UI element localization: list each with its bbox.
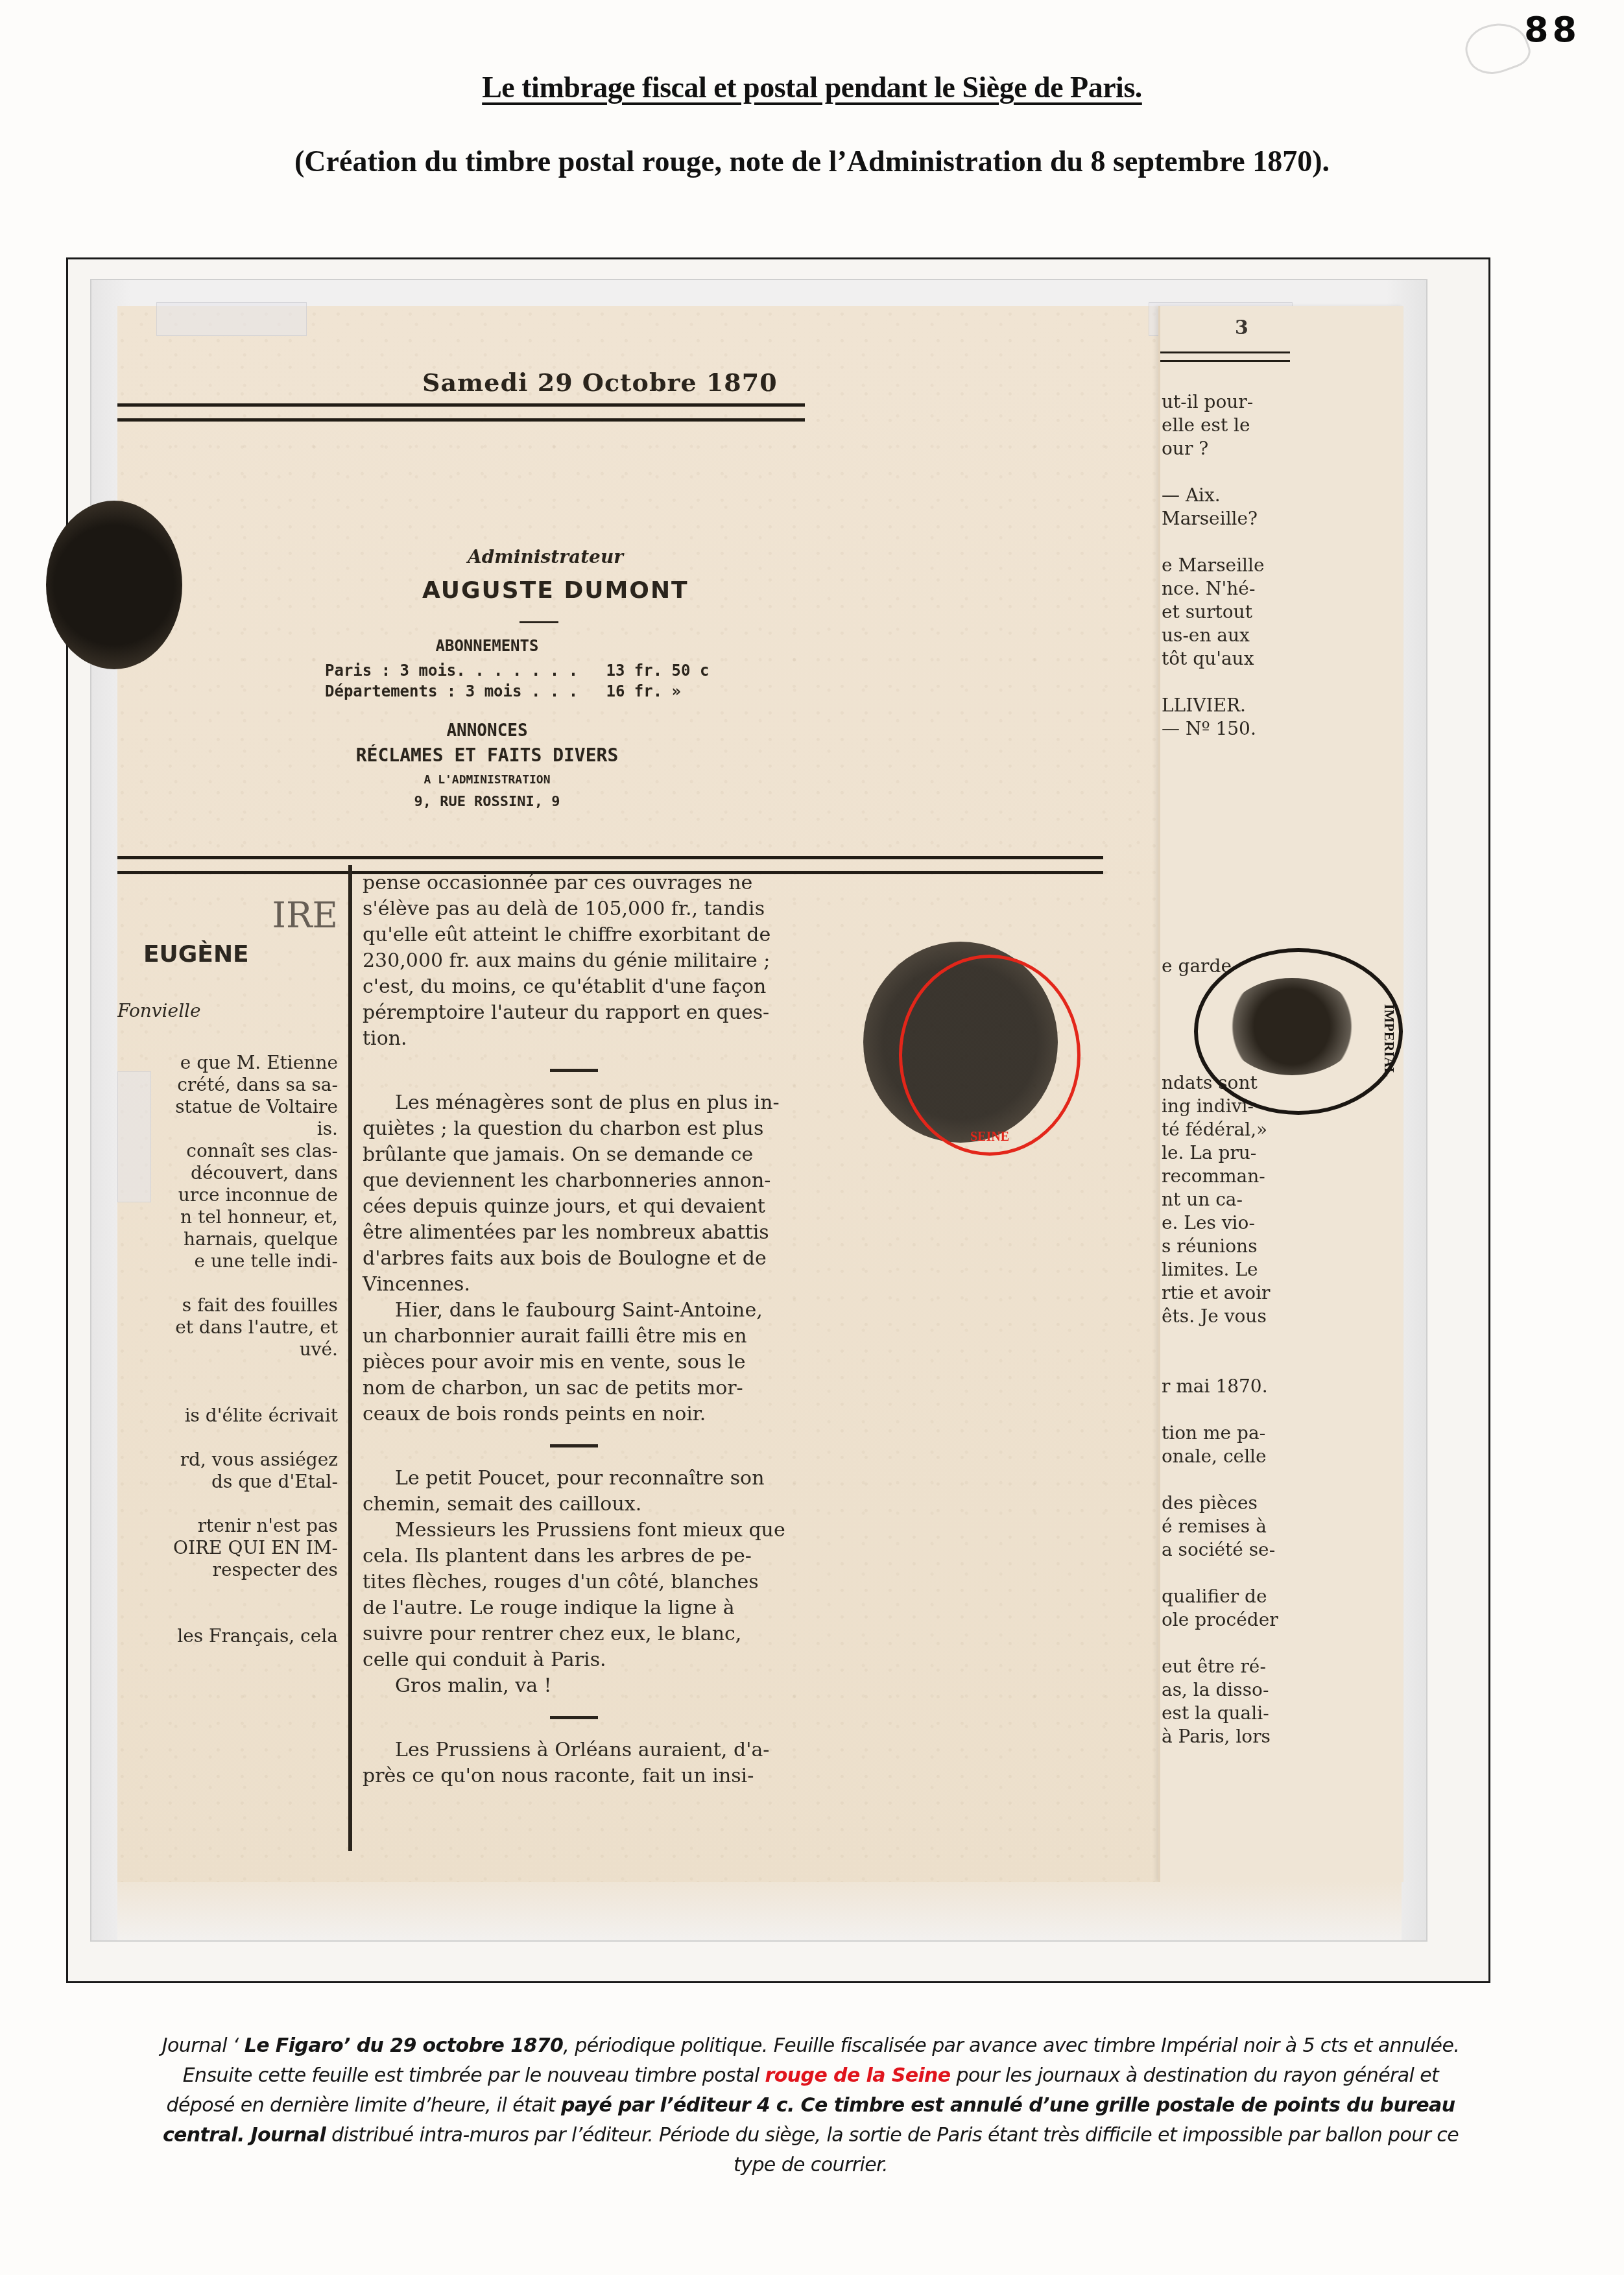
column-line: LLIVIER. <box>1162 694 1376 717</box>
column-line: ds que d'Etal- <box>117 1471 338 1493</box>
caption-text: Journal ‘ <box>162 2034 245 2057</box>
column-line <box>1162 671 1376 694</box>
column-line: tôt qu'aux <box>1162 647 1376 671</box>
black-imperial-stamp: IMPERIAL <box>1194 948 1403 1115</box>
column-line: ut-il pour- <box>1162 390 1376 414</box>
right-column-top: ut-il pour-elle est leour ? — Aix.Marsei… <box>1162 390 1376 741</box>
article-line: de l'autre. Le rouge indique la ligne à <box>363 1595 785 1621</box>
column-line: harnais, quelque <box>117 1228 338 1250</box>
column-line: e une telle indi- <box>117 1250 338 1272</box>
rate-departements: Départements : 3 mois . . . 16 fr. » <box>325 682 681 700</box>
column-line: nce. N'hé- <box>1162 577 1376 601</box>
article-line: être alimentées par les nombreux abattis <box>363 1220 785 1246</box>
article-line: nom de charbon, un sac de petits mor- <box>363 1376 785 1401</box>
column-line: à Paris, lors <box>1162 1725 1376 1748</box>
protective-sleeve: Samedi 29 Octobre 1870 Administrateur AU… <box>90 279 1427 1942</box>
article-line: cela. Ils plantent dans les arbres de pe… <box>363 1543 785 1569</box>
album-frame: Samedi 29 Octobre 1870 Administrateur AU… <box>66 257 1490 1983</box>
article-line: Hier, dans le faubourg Saint-Antoine, <box>363 1298 785 1324</box>
printed-ornament <box>46 501 182 669</box>
column-line <box>1162 1468 1376 1492</box>
left-column-lines: e que M. Etiennecrété, dans sa sa-statue… <box>117 1052 338 1647</box>
article-line: celle qui conduit à Paris. <box>363 1647 785 1673</box>
caption-red-highlight: rouge de la Seine <box>765 2064 951 2087</box>
column-line: n tel honneur, et, <box>117 1206 338 1228</box>
article-line: s'élève pas au delà de 105,000 fr., tand… <box>363 896 785 922</box>
page-number: 88 <box>1524 9 1581 50</box>
column-line: tion me pa- <box>1162 1422 1376 1445</box>
column-line: us-en aux <box>1162 624 1376 647</box>
column-line: — Nº 150. <box>1162 717 1376 741</box>
separator-rule <box>550 1444 598 1447</box>
column-line: a société se- <box>1162 1538 1376 1562</box>
page-title-text: Le timbrage fiscal et postal pendant le … <box>482 71 1142 104</box>
column-line <box>117 1493 338 1515</box>
article-line: cées depuis quinze jours, et qui devaien… <box>363 1194 785 1220</box>
administrator-label: Administrateur <box>468 546 623 567</box>
column-line <box>1162 1328 1376 1352</box>
separator-rule <box>550 1069 598 1072</box>
column-line <box>117 1581 338 1603</box>
divider <box>519 621 558 623</box>
article-line: tion. <box>363 1026 785 1052</box>
newspaper-sheet: Samedi 29 Octobre 1870 Administrateur AU… <box>117 306 1402 1940</box>
column-line: rtenir n'est pas <box>117 1515 338 1537</box>
left-column: IRE EUGÈNE Fonvielle e que M. Etiennecré… <box>117 896 338 1647</box>
administrator-name: AUGUSTE DUMONT <box>422 577 689 604</box>
column-line: uvé. <box>117 1339 338 1361</box>
column-line <box>1162 1352 1376 1375</box>
column-line: recomman- <box>1162 1165 1376 1188</box>
column-line: nt un ca- <box>1162 1188 1376 1211</box>
article-line: qu'elle eût atteint le chiffre exorbitan… <box>363 922 785 948</box>
column-line: des pièces <box>1162 1492 1376 1515</box>
column-line: ole procéder <box>1162 1608 1376 1632</box>
column-line: qualifier de <box>1162 1585 1376 1608</box>
column-line: is. <box>117 1118 338 1140</box>
column-line: — Aix. <box>1162 484 1376 507</box>
column-line: et dans l'autre, et <box>117 1316 338 1339</box>
ads-heading: ANNONCES <box>325 721 649 741</box>
page-three-rule <box>1160 351 1290 362</box>
hinge-tape <box>156 302 307 336</box>
article-line: Gros malin, va ! <box>363 1673 785 1699</box>
article-line: Le petit Poucet, pour reconnaître son <box>363 1466 785 1492</box>
column-line <box>1162 1632 1376 1655</box>
article-line: pièces pour avoir mis en vente, sous le <box>363 1350 785 1376</box>
article-line: suivre pour rentrer chez eux, le blanc, <box>363 1621 785 1647</box>
article-line: Les ménagères sont de plus en plus in- <box>363 1090 785 1116</box>
newspaper-date: Samedi 29 Octobre 1870 <box>422 368 778 397</box>
rate-paris: Paris : 3 mois. . . . . . . 13 fr. 50 c <box>325 661 709 680</box>
header-rule <box>117 403 805 422</box>
column-line: urce inconnue de <box>117 1184 338 1206</box>
column-line: e que M. Etienne <box>117 1052 338 1074</box>
column-rule <box>348 865 352 1851</box>
column-line: as, la disso- <box>1162 1678 1376 1702</box>
column-line <box>117 1272 338 1294</box>
column-line <box>117 1603 338 1625</box>
column-line: découvert, dans <box>117 1162 338 1184</box>
article-line: c'est, du moins, ce qu'établit d'une faç… <box>363 974 785 1000</box>
column-line: et surtout <box>1162 601 1376 624</box>
red-seine-stamp: SEINE <box>899 955 1081 1156</box>
column-line: statue de Voltaire <box>117 1096 338 1118</box>
column-line: rd, vous assiégez <box>117 1449 338 1471</box>
article-line: d'arbres faits aux bois de Boulogne et d… <box>363 1246 785 1272</box>
column-line: e Marseille <box>1162 554 1376 577</box>
article-line: chemin, semait des cailloux. <box>363 1492 785 1518</box>
main-column: pense occasionnée par ces ouvrages nes'é… <box>363 870 785 1789</box>
column-line: onale, celle <box>1162 1445 1376 1468</box>
column-line: le. La pru- <box>1162 1141 1376 1165</box>
red-stamp-label: SEINE <box>902 1130 1077 1145</box>
article-line: près ce qu'on nous raconte, fait un insi… <box>363 1763 785 1789</box>
page-title: Le timbrage fiscal et postal pendant le … <box>0 70 1624 104</box>
address: 9, RUE ROSSINI, 9 <box>325 794 649 810</box>
article-line: quiètes ; la question du charbon est plu… <box>363 1116 785 1142</box>
subscriptions-heading: ABONNEMENTS <box>325 637 649 655</box>
left-heading-fragment: IRE <box>117 896 338 935</box>
left-column-name: EUGÈNE <box>117 935 338 974</box>
column-line: rtie et avoir <box>1162 1281 1376 1305</box>
ads-at: A L'ADMINISTRATION <box>325 773 649 787</box>
caption-text: distribué intra-muros par l’éditeur. Pér… <box>326 2124 1459 2176</box>
column-line: les Français, cela <box>117 1625 338 1647</box>
column-line: eut être ré- <box>1162 1655 1376 1678</box>
left-column-byline: Fonvielle <box>117 1000 338 1022</box>
column-line: our ? <box>1162 437 1376 460</box>
column-line: s fait des fouilles <box>117 1294 338 1316</box>
column-line: e. Les vio- <box>1162 1211 1376 1235</box>
article-line: 230,000 fr. aux mains du génie militaire… <box>363 948 785 974</box>
article-line: ceaux de bois ronds peints en noir. <box>363 1401 785 1427</box>
article-line: Messieurs les Prussiens font mieux que <box>363 1518 785 1543</box>
column-line: crété, dans sa sa- <box>117 1074 338 1096</box>
article-line: un charbonnier aurait failli être mis en <box>363 1324 785 1350</box>
column-line <box>117 1427 338 1449</box>
column-line: é remises à <box>1162 1515 1376 1538</box>
main-column-text: pense occasionnée par ces ouvrages nes'é… <box>363 870 785 1789</box>
page-subtitle: (Création du timbre postal rouge, note d… <box>0 144 1624 178</box>
column-line: r mai 1870. <box>1162 1375 1376 1398</box>
article-line: Les Prussiens à Orléans auraient, d'a- <box>363 1737 785 1763</box>
article-line: péremptoire l'auteur du rapport en ques- <box>363 1000 785 1026</box>
column-line: té fédéral,» <box>1162 1118 1376 1141</box>
sheet-bottom-edge <box>117 1882 1402 1940</box>
article-line: tites flèches, rouges d'un côté, blanche… <box>363 1569 785 1595</box>
caption-bold: Le Figaro’ du 29 octobre 1870 <box>245 2034 564 2057</box>
column-line <box>1162 530 1376 554</box>
column-line: respecter des <box>117 1559 338 1581</box>
column-line: OIRE QUI EN IM- <box>117 1537 338 1559</box>
separator-rule <box>550 1716 598 1719</box>
column-line: est la quali- <box>1162 1702 1376 1725</box>
column-line <box>1162 1398 1376 1422</box>
page-three-number: 3 <box>1235 316 1248 339</box>
black-stamp-label: IMPERIAL <box>1381 1004 1398 1077</box>
article-line: pense occasionnée par ces ouvrages ne <box>363 870 785 896</box>
column-line: elle est le <box>1162 414 1376 437</box>
ads-line: RÉCLAMES ET FAITS DIVERS <box>293 744 682 766</box>
column-line: Marseille? <box>1162 507 1376 530</box>
imperial-eagle-icon <box>1224 978 1360 1075</box>
column-line <box>1162 1562 1376 1585</box>
column-line <box>117 1361 338 1383</box>
column-line: êts. Je vous <box>1162 1305 1376 1328</box>
column-line <box>1162 460 1376 484</box>
article-line: que deviennent les charbonneries annon- <box>363 1168 785 1194</box>
column-line: is d'élite écrivait <box>117 1405 338 1427</box>
article-line: Vincennes. <box>363 1272 785 1298</box>
caption: Journal ‘ Le Figaro’ du 29 octobre 1870,… <box>149 2031 1472 2180</box>
column-line: connaît ses clas- <box>117 1140 338 1162</box>
column-line: s réunions <box>1162 1235 1376 1258</box>
column-line <box>117 1383 338 1405</box>
column-line: limites. Le <box>1162 1258 1376 1281</box>
article-line: brûlante que jamais. On se demande ce <box>363 1142 785 1168</box>
